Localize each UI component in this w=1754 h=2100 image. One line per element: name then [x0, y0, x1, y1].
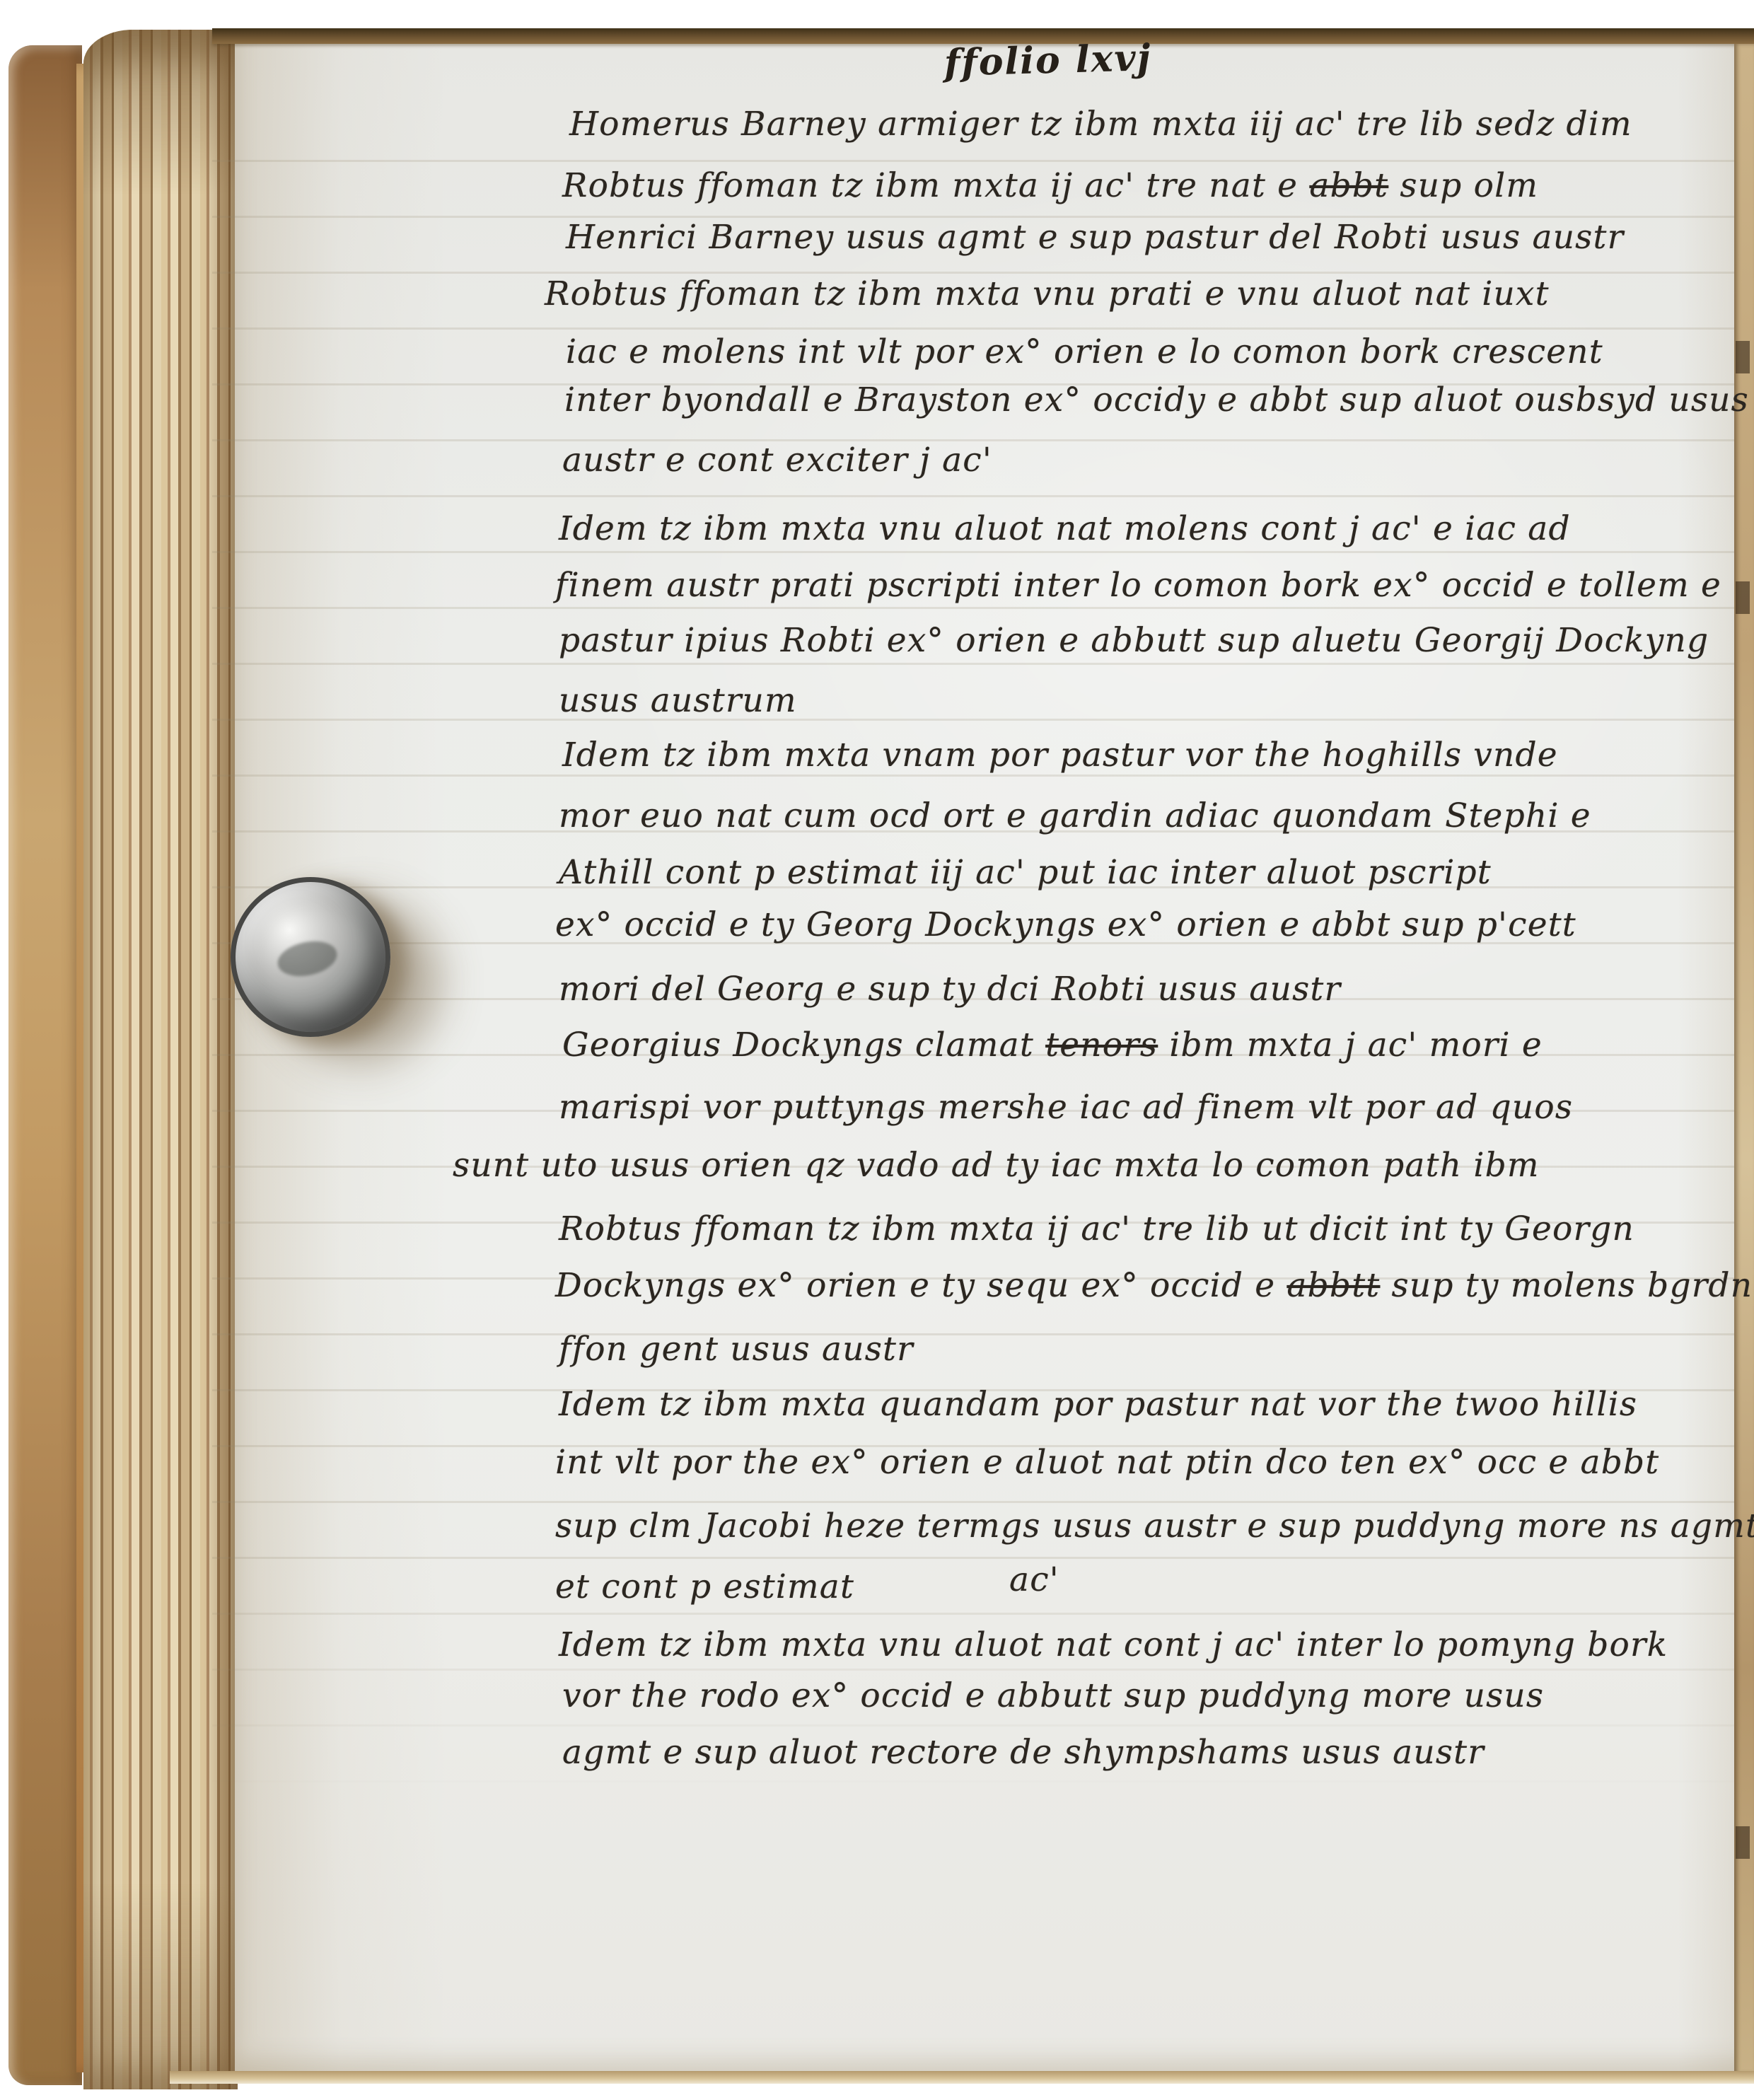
- manuscript-line: Robtus ffoman tz ibm mxta ij ac' tre lib…: [559, 1211, 1634, 1248]
- metal-boss-stud: [231, 877, 390, 1037]
- manuscript-line: sunt uto usus orien qz vado ad ty iac mx…: [453, 1147, 1540, 1184]
- line-text: agmt e sup aluot rectore de shympshams u…: [562, 1733, 1485, 1772]
- manuscript-line: Henrici Barney usus agmt e sup pastur de…: [566, 219, 1624, 256]
- struck-word: abbt: [1309, 166, 1388, 205]
- line-text: Athill cont p estimat iij ac' put iac in…: [559, 853, 1492, 892]
- line-text: sup ty molens bgrdn: [1380, 1266, 1753, 1305]
- manuscript-line: marispi vor puttyngs mershe iac ad finem…: [559, 1089, 1573, 1126]
- line-text: finem austr prati pscripti inter lo como…: [555, 566, 1721, 605]
- manuscript-line: Robtus ffoman tz ibm mxta vnu prati e vn…: [545, 276, 1550, 313]
- manuscript-line: Dockyngs ex° orien e ty sequ ex° occid e…: [555, 1267, 1753, 1304]
- right-fore-edge: [1734, 44, 1754, 2074]
- manuscript-line: et cont p estimat: [555, 1569, 854, 1606]
- manuscript-line: mori del Georg e sup ty dci Robti usus a…: [559, 971, 1341, 1008]
- manuscript-line: iac e molens int vlt por ex° orien e lo …: [566, 334, 1603, 371]
- manuscript-line: vor the rodo ex° occid e abbutt sup pudd…: [562, 1678, 1544, 1715]
- manuscript-line: Homerus Barney armiger tz ibm mxta iij a…: [569, 106, 1632, 143]
- fore-edge-mark: [1736, 581, 1750, 614]
- struck-word: abbtt: [1287, 1266, 1380, 1305]
- manuscript-line: agmt e sup aluot rectore de shympshams u…: [562, 1734, 1485, 1771]
- line-text: ex° occid e ty Georg Dockyngs ex° orien …: [555, 905, 1576, 944]
- vellum-cover-spine: [8, 45, 82, 2085]
- line-text: Robtus ffoman tz ibm mxta ij ac' tre lib…: [559, 1209, 1634, 1248]
- line-text: iac e molens int vlt por ex° orien e lo …: [566, 332, 1603, 371]
- manuscript-line: int vlt por the ex° orien e aluot nat pt…: [555, 1444, 1659, 1481]
- struck-word: tenors: [1045, 1026, 1158, 1064]
- manuscript-line: Athill cont p estimat iij ac' put iac in…: [559, 854, 1492, 891]
- line-text: Idem tz ibm mxta quandam por pastur nat …: [559, 1385, 1637, 1424]
- line-text: austr e cont exciter j ac': [562, 441, 992, 480]
- line-text: usus austrum: [559, 681, 797, 720]
- manuscript-line: usus austrum: [559, 683, 797, 719]
- line-text: Robtus ffoman tz ibm mxta ij ac' tre nat…: [562, 166, 1309, 205]
- manuscript-photo: ffolio lxvj Homerus Barney armiger tz ib…: [0, 0, 1754, 2100]
- line-text: ffon gent usus austr: [559, 1330, 914, 1369]
- line-text: Homerus Barney armiger tz ibm mxta iij a…: [569, 105, 1632, 144]
- line-text: vor the rodo ex° occid e abbutt sup pudd…: [562, 1676, 1544, 1715]
- line-text: Idem tz ibm mxta vnu aluot nat cont j ac…: [559, 1625, 1668, 1664]
- manuscript-line: ffon gent usus austr: [559, 1331, 914, 1368]
- line-text: ac': [1009, 1560, 1059, 1599]
- line-text: marispi vor puttyngs mershe iac ad finem…: [559, 1088, 1573, 1127]
- line-text: Dockyngs ex° orien e ty sequ ex° occid e: [555, 1266, 1287, 1305]
- line-text: Georgius Dockyngs clamat: [562, 1026, 1045, 1064]
- manuscript-line: sup clm Jacobi heze termgs usus austr e …: [555, 1508, 1754, 1545]
- line-text: Idem tz ibm mxta vnu aluot nat molens co…: [559, 509, 1571, 548]
- manuscript-line: Idem tz ibm mxta vnu aluot nat cont j ac…: [559, 1627, 1668, 1664]
- manuscript-line: pastur ipius Robti ex° orien e abbutt su…: [559, 622, 1709, 659]
- line-text: mori del Georg e sup ty dci Robti usus a…: [559, 970, 1341, 1009]
- manuscript-line: Idem tz ibm mxta quandam por pastur nat …: [559, 1386, 1637, 1423]
- line-text: Henrici Barney usus agmt e sup pastur de…: [566, 218, 1624, 257]
- folio-heading: ffolio lxvj: [943, 36, 1152, 85]
- manuscript-line: ac': [1009, 1562, 1059, 1599]
- manuscript-line: inter byondall e Brayston ex° occidy e a…: [564, 382, 1749, 419]
- line-text: mor euo nat cum ocd ort e gardin adiac q…: [559, 796, 1591, 835]
- manuscript-line: finem austr prati pscripti inter lo como…: [555, 567, 1721, 604]
- manuscript-line: Robtus ffoman tz ibm mxta ij ac' tre nat…: [562, 168, 1538, 204]
- line-text: inter byondall e Brayston ex° occidy e a…: [564, 381, 1749, 419]
- fore-edge-mark: [1736, 1826, 1750, 1859]
- manuscript-line: ex° occid e ty Georg Dockyngs ex° orien …: [555, 907, 1576, 944]
- manuscript-line: mor euo nat cum ocd ort e gardin adiac q…: [559, 798, 1591, 835]
- line-text: pastur ipius Robti ex° orien e abbutt su…: [559, 621, 1709, 660]
- line-text: int vlt por the ex° orien e aluot nat pt…: [555, 1443, 1659, 1482]
- line-text: sup clm Jacobi heze termgs usus austr e …: [555, 1507, 1754, 1545]
- line-text: sup olm: [1388, 166, 1538, 205]
- line-text: Idem tz ibm mxta vnam por pastur vor the…: [562, 736, 1558, 775]
- page-bottom-edge: [170, 2071, 1754, 2084]
- line-text: Robtus ffoman tz ibm mxta vnu prati e vn…: [545, 274, 1550, 313]
- manuscript-line: Georgius Dockyngs clamat tenors ibm mxta…: [562, 1027, 1543, 1064]
- manuscript-line: Idem tz ibm mxta vnu aluot nat molens co…: [559, 511, 1571, 547]
- line-text: sunt uto usus orien qz vado ad ty iac mx…: [453, 1146, 1540, 1185]
- manuscript-line: austr e cont exciter j ac': [562, 442, 992, 479]
- line-text: et cont p estimat: [555, 1567, 854, 1606]
- manuscript-line: Idem tz ibm mxta vnam por pastur vor the…: [562, 737, 1558, 774]
- line-text: ibm mxta j ac' mori e: [1158, 1026, 1543, 1064]
- fore-edge-mark: [1736, 341, 1750, 373]
